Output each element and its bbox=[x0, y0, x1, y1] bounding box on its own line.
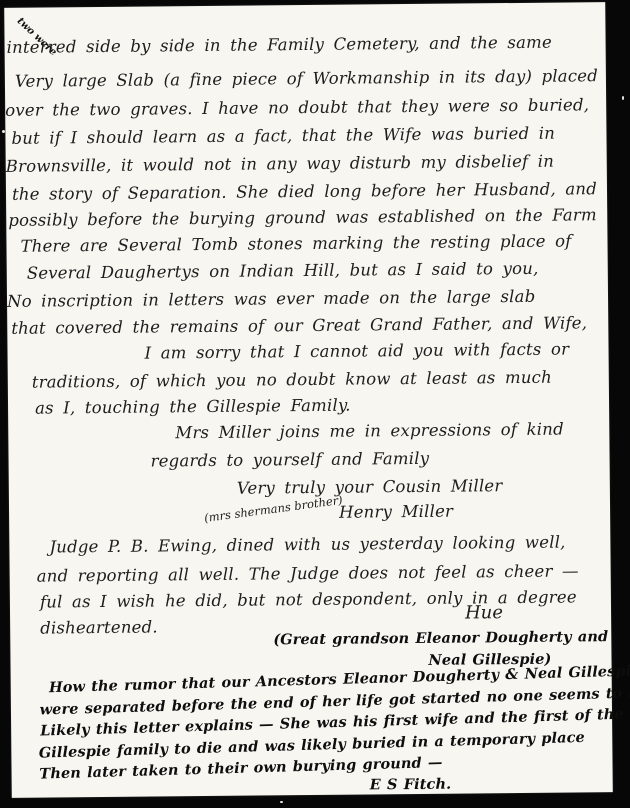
letter-line: regards to yourself and Family bbox=[150, 449, 429, 471]
letter-line: the story of Separation. She died long b… bbox=[12, 179, 597, 204]
letter-line: possibly before the burying ground was e… bbox=[8, 205, 597, 230]
letter-line: I am sorry that I cannot aid you with fa… bbox=[144, 339, 569, 362]
bottom-note-block: How the rumor that our Ancestors Eleanor… bbox=[37, 659, 630, 785]
postscript-line: Judge P. B. Ewing, dined with us yesterd… bbox=[49, 533, 565, 557]
signature: Henry Miller bbox=[339, 502, 453, 522]
closing-line: Very truly your Cousin Miller bbox=[237, 476, 503, 498]
letter-page: two were interred side by side in the Fa… bbox=[4, 2, 613, 798]
letter-line: but if I should learn as a fact, that th… bbox=[11, 124, 555, 148]
letter-line: Very large Slab (a fine piece of Workman… bbox=[15, 66, 598, 91]
annotation-line: (Great grandson Eleanor Dougherty and bbox=[273, 626, 608, 651]
postscript-line: disheartened. bbox=[40, 617, 158, 637]
scan-speck bbox=[280, 801, 283, 803]
letter-line: that covered the remains of our Great Gr… bbox=[11, 313, 587, 338]
letter-line: There are Several Tomb stones marking th… bbox=[20, 231, 571, 255]
postscript-line: and reporting all well. The Judge does n… bbox=[37, 561, 579, 585]
scanned-letter: two were interred side by side in the Fa… bbox=[0, 0, 630, 808]
letter-line: traditions, of which you no doubt know a… bbox=[32, 368, 552, 392]
interlinear-insertion: (mrs shermans brother) bbox=[203, 493, 343, 525]
letter-line: Mrs Miller joins me in expressions of ki… bbox=[175, 420, 564, 443]
bottom-note-signature: E S Fitch. bbox=[370, 776, 452, 794]
letter-line: Brownsville, it would not in any way dis… bbox=[6, 152, 554, 176]
letter-line: No inscription in letters was ever made … bbox=[7, 287, 536, 311]
hue-initial: Hue bbox=[465, 602, 503, 623]
letter-line: as I, touching the Gillespie Family. bbox=[35, 396, 351, 418]
scan-speck bbox=[622, 96, 624, 100]
letter-line: Several Daughertys on Indian Hill, but a… bbox=[27, 259, 539, 283]
letter-line: over the two graves. I have no doubt tha… bbox=[5, 95, 589, 120]
letter-line: interred side by side in the Family Ceme… bbox=[7, 33, 552, 57]
